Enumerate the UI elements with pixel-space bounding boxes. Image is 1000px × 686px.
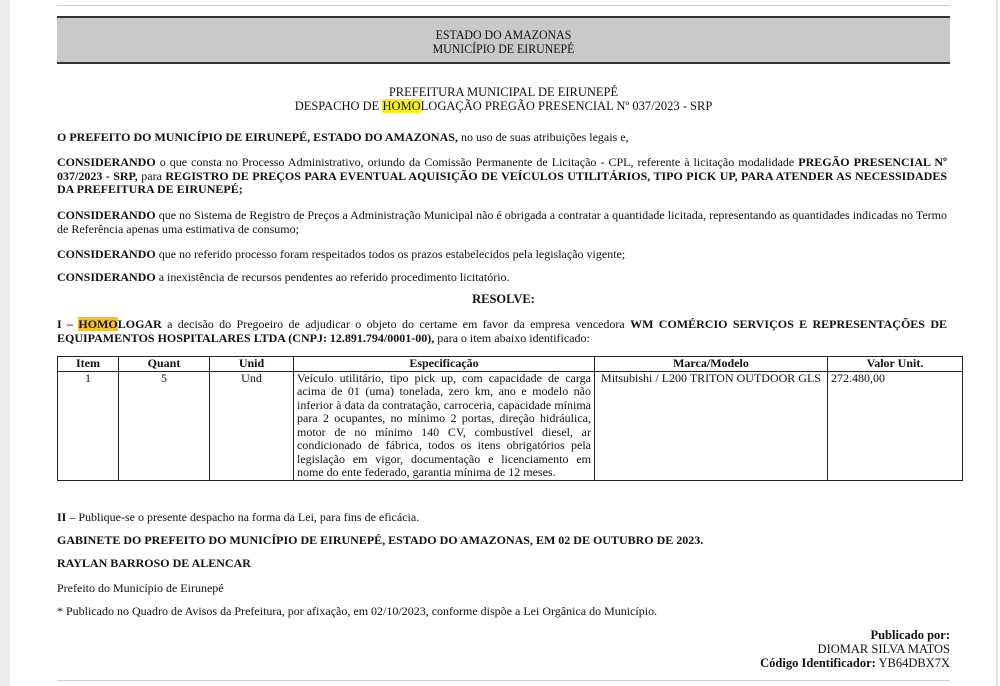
homologar-suffix: LOGAR <box>118 317 162 331</box>
considerando-label: CONSIDERANDO <box>57 270 156 284</box>
considerando-label: CONSIDERANDO <box>57 155 156 169</box>
item-i-paragraph: I – HOMOLOGAR a decisão do Pregoeiro de … <box>57 318 947 345</box>
title-prefix: DESPACHO DE <box>295 99 383 113</box>
table-header-row: Item Quant Unid Especificação Marca/Mode… <box>58 357 963 372</box>
published-by-label: Publicado por: <box>870 628 950 642</box>
item-ii-number: II <box>57 510 66 524</box>
published-by-name: DIOMAR SILVA MATOS <box>818 642 950 656</box>
considerando-3: CONSIDERANDO que no referido processo fo… <box>57 248 947 262</box>
identifier-code-label: Código Identificador: <box>760 656 876 670</box>
state-header-box: ESTADO DO AMAZONAS MUNICÍPIO DE EIRUNEPÉ <box>57 16 950 64</box>
state-name: ESTADO DO AMAZONAS <box>79 28 927 42</box>
gabinete-line: GABINETE DO PREFEITO DO MUNICÍPIO DE EIR… <box>57 534 947 548</box>
bottom-rule <box>57 680 950 681</box>
item-ii-paragraph: II – Publique-se o presente despacho na … <box>57 511 947 525</box>
considerando-text: o que consta no Processo Administrativo,… <box>156 155 799 169</box>
publication-note: * Publicado no Quadro de Avisos da Prefe… <box>57 605 947 619</box>
homologar-highlight: HOMO <box>78 317 117 331</box>
considerando-2: CONSIDERANDO que no Sistema de Registro … <box>57 209 947 236</box>
municipality-name: MUNICÍPIO DE EIRUNEPÉ <box>79 42 927 56</box>
cell-especificacao: Veículo utilitário, tipo pick up, com ca… <box>294 371 595 480</box>
considerando-4: CONSIDERANDO a inexistência de recursos … <box>57 271 947 285</box>
considerando-label: CONSIDERANDO <box>57 247 156 261</box>
viewer-left-strip <box>0 0 10 686</box>
intro-paragraph: O PREFEITO DO MUNICÍPIO DE EIRUNEPÉ, EST… <box>57 131 947 145</box>
item-i-text: a decisão do Pregoeiro de adjudicar o ob… <box>162 317 630 331</box>
considerando-text: a inexistência de recursos pendentes ao … <box>156 270 510 284</box>
title-highlight: HOMO <box>382 99 420 113</box>
table-row: 1 5 Und Veículo utilitário, tipo pick up… <box>58 371 963 480</box>
item-ii-text: – Publique-se o presente despacho na for… <box>66 510 419 524</box>
viewer-right-edge <box>996 0 998 686</box>
cell-quant: 5 <box>119 371 210 480</box>
col-especificacao: Especificação <box>294 357 595 372</box>
signer-name: RAYLAN BARROSO DE ALENCAR <box>57 557 947 571</box>
col-marca-modelo: Marca/Modelo <box>595 357 828 372</box>
considerando-text: para <box>138 169 166 183</box>
signer-role: Prefeito do Município de Eirunepé <box>57 582 947 596</box>
col-item: Item <box>58 357 119 372</box>
cell-unid: Und <box>210 371 294 480</box>
item-i-text2: para o item abaixo identificado: <box>434 331 590 345</box>
document-title-line2: DESPACHO DE HOMOLOGAÇÃO PREGÃO PRESENCIA… <box>57 99 950 113</box>
considerando-1: CONSIDERANDO o que consta no Processo Ad… <box>57 156 947 197</box>
identifier-code-value: YB64DBX7X <box>878 656 950 670</box>
cell-item: 1 <box>58 371 119 480</box>
considerando-text: que no Sistema de Registro de Preços a A… <box>57 208 947 236</box>
intro-bold: O PREFEITO DO MUNICÍPIO DE EIRUNEPÉ, EST… <box>57 130 458 144</box>
document-title-line1: PREFEITURA MUNICIPAL DE EIRUNEPÉ <box>57 85 950 99</box>
cell-valor-unit: 272.480,00 <box>828 371 963 480</box>
object-description: REGISTRO DE PREÇOS PARA EVENTUAL AQUISIÇ… <box>57 169 947 197</box>
cell-marca-modelo: Mitsubishi / L200 TRITON OUTDOOR GLS <box>595 371 828 480</box>
top-rule <box>57 5 950 6</box>
col-quant: Quant <box>119 357 210 372</box>
considerando-text: que no referido processo foram respeitad… <box>156 247 626 261</box>
item-i-number: I – <box>57 317 78 331</box>
title-suffix: LOGAÇÃO PREGÃO PRESENCIAL Nº 037/2023 - … <box>421 99 713 113</box>
resolve-heading: RESOLVE: <box>57 292 950 307</box>
identifier-code: Código Identificador: YB64DBX7X <box>760 656 950 670</box>
intro-text: no uso de suas atribuições legais e, <box>458 130 629 144</box>
col-unid: Unid <box>210 357 294 372</box>
col-valor-unit: Valor Unit. <box>828 357 963 372</box>
items-table: Item Quant Unid Especificação Marca/Mode… <box>57 356 963 481</box>
considerando-label: CONSIDERANDO <box>57 208 156 222</box>
